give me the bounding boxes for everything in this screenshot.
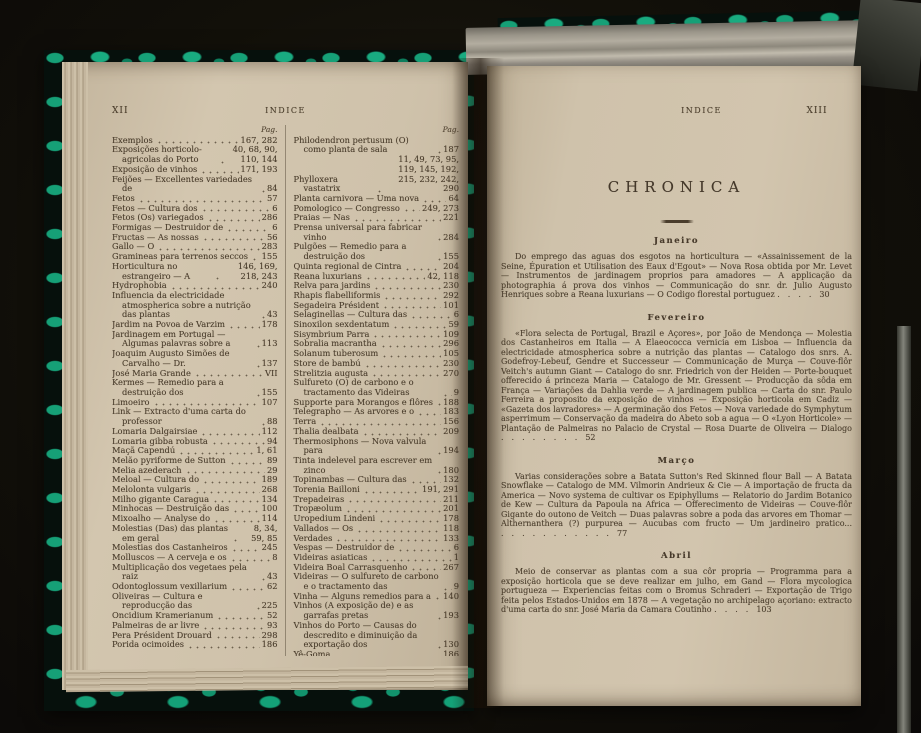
entry-page-number: VII — [265, 369, 278, 379]
left-page: XII INDICE Pag. Exemplos 167, 282 — [62, 62, 468, 690]
dot-leader — [410, 316, 452, 319]
dot-leader — [260, 578, 265, 581]
dot-leader — [216, 617, 265, 620]
dot-leader — [260, 190, 265, 193]
book-corner-top-right — [852, 0, 921, 91]
index-entry: Videiras — O sulfureto de carbono e o tr… — [294, 572, 460, 591]
left-running-head: XII INDICE — [112, 106, 459, 116]
dot-leader — [200, 433, 259, 436]
dot-leader — [383, 297, 441, 300]
pag-column-header: Pag. — [112, 125, 278, 135]
entry-label: Yê-Goma — [294, 650, 331, 656]
entry-page-number: 11, 49, 73, 95, 119, 145, 192, 215, 232,… — [383, 155, 459, 194]
section-page-number: 103 — [756, 605, 771, 614]
index-entry: Telegrapho — As arvores e o 183 — [294, 407, 460, 417]
index-entry: Multiplicação dos vegetaes pela raiz 43 — [112, 563, 278, 582]
book-photo-scene: XII INDICE Pag. Exemplos 167, 282 — [0, 0, 921, 733]
dot-leader — [214, 277, 219, 280]
month-heading: Janeiro — [501, 236, 852, 246]
index-column-2: Pag. Philodendron pertusum (O) como plan… — [286, 125, 460, 656]
month-summary: Varias considerações sobre a Batata Sutt… — [501, 472, 852, 539]
dot-leader — [255, 345, 260, 348]
entry-label: Vinhos (A exposição de) e as garrafas pr… — [294, 601, 434, 620]
right-page-content: INDICE XIII CHRONICA Janeiro Do emprego … — [501, 106, 852, 698]
month-summary-text: Varias considerações sobre a Batata Sutt… — [501, 472, 852, 529]
month-section: Abril Meio de conservar as plantas com a… — [501, 551, 852, 615]
left-page-content: XII INDICE Pag. Exemplos 167, 282 — [112, 106, 459, 656]
right-running-title: INDICE — [501, 106, 782, 115]
index-column-1: Pag. Exemplos 167, 282 Exposições hortic… — [112, 125, 286, 656]
book-back-board-edge — [897, 326, 911, 733]
paragraph-dot-leader: . . . . — [775, 290, 820, 299]
index-entry: Influencia da electricidade atmospherica… — [112, 291, 278, 320]
dot-leader — [397, 549, 451, 552]
entry-label: Oliveiras — Cultura e reproducção das — [112, 592, 252, 611]
pag-column-header: Pag. — [294, 125, 460, 135]
dot-leader — [187, 646, 260, 649]
bottom-page-edge-stack — [66, 666, 468, 692]
paragraph-dot-leader: . . . . . . . . — [501, 433, 585, 442]
section-page-number: 77 — [617, 529, 627, 538]
month-heading: Fevereiro — [501, 313, 852, 323]
entry-page-number: 8, 34, 59, 85 — [239, 524, 278, 543]
entry-label: Sulfureto (O) de carbono e o tractamento… — [294, 378, 440, 397]
dot-leader — [436, 646, 441, 649]
dot-leader — [226, 229, 270, 232]
dot-leader — [436, 617, 441, 620]
month-summary: Do emprego das aguas dos esgotos na hort… — [501, 252, 852, 300]
paragraph-dot-leader: . . . . . . . . . . . — [501, 529, 617, 538]
dot-leader — [417, 413, 441, 416]
month-heading: Março — [501, 456, 852, 466]
dot-leader — [392, 326, 446, 329]
month-summary: «Flora selecta de Portugal, Brazil e Aço… — [501, 329, 852, 443]
entry-label: Kermes — Remedio para a destruição dos — [112, 378, 252, 397]
index-entry: Oliveiras — Cultura e reproducção das 22… — [112, 592, 278, 611]
entry-label: Prensa universal para fabricar vinho — [294, 223, 434, 242]
index-entry: Exposições horticolo-agricolas do Porto … — [112, 145, 278, 164]
month-heading: Abril — [501, 551, 852, 561]
entry-label: Molestias (Das) das plantas em geral — [112, 524, 229, 543]
entry-page-number: 240 — [262, 281, 278, 291]
entry-label: Link — Extracto d'uma carta do professor — [112, 407, 257, 426]
dot-leader — [365, 277, 426, 280]
index-entry: Pulgões — Remedio para a destruição dos … — [294, 242, 460, 261]
index-entry: Philodendron pertusum (O) como planta de… — [294, 136, 460, 155]
month-summary-text: Meio de conservar as plantas com a sua c… — [501, 567, 852, 614]
dot-leader — [436, 258, 441, 261]
dot-leader — [372, 335, 441, 338]
entry-page-number: 40, 68, 90, 110, 144 — [226, 145, 277, 164]
entry-page-number: 107 — [262, 398, 278, 408]
right-running-head: INDICE XIII — [501, 106, 852, 116]
index-entry: Thermosiphons — Nova valvula para 194 — [294, 437, 460, 456]
left-running-title: INDICE — [168, 106, 403, 115]
dot-leader — [201, 209, 271, 212]
dot-leader — [202, 238, 265, 241]
dot-leader — [378, 520, 441, 523]
section-page-number: 30 — [819, 290, 829, 299]
dot-leader — [255, 607, 260, 610]
entry-page-number: 186 — [262, 640, 278, 650]
entry-label: Porida ocimoides — [112, 640, 184, 650]
chapter-title: CHRONICA — [501, 178, 852, 196]
left-folio: XII — [112, 106, 168, 116]
entry-label: Feijões — Excellentes variedades de — [112, 175, 257, 194]
dot-leader — [436, 238, 441, 241]
index-entry: Tinta indelevel para escrever em zinco 1… — [294, 456, 460, 475]
entry-label: Joaquim Augusto Simões de Carvalho — Dr. — [112, 349, 252, 368]
dot-leader — [364, 365, 441, 368]
entry-label: Tinta indelevel para escrever em zinco — [294, 456, 434, 475]
dot-leader — [434, 597, 441, 600]
index-entry: Vinhos (A exposição de) e as garrafas pr… — [294, 601, 460, 620]
right-page: INDICE XIII CHRONICA Janeiro Do emprego … — [487, 66, 861, 706]
index-entry: Link — Extracto d'uma carta do professor… — [112, 407, 278, 426]
entry-label: Exposições horticolo-agricolas do Porto — [112, 145, 216, 164]
entry-page-number: 194 — [443, 446, 459, 456]
index-entry: Prensa universal para fabricar vinho 284 — [294, 223, 460, 242]
index-entry: Feijões — Excellentes variedades de 84 — [112, 175, 278, 194]
dot-leader — [356, 530, 441, 533]
entry-page-number: 146, 169, 218, 243 — [221, 262, 277, 281]
index-entry: Vinhos do Porto — Causas do descredito e… — [294, 621, 460, 650]
entry-label: Jardinagem em Portugal — Algumas palavra… — [112, 330, 252, 349]
dot-leader — [436, 403, 441, 406]
entry-page-number: 209 — [443, 427, 459, 437]
section-page-number: 52 — [585, 433, 595, 442]
index-entry: Horticultura no estrangeiro — A 146, 169… — [112, 262, 278, 281]
entry-page-number: 140 — [443, 592, 459, 602]
entry-label: Multiplicação dos vegetaes pela raiz — [112, 563, 257, 582]
index-entry: Jardinagem em Portugal — Algumas palavra… — [112, 330, 278, 349]
month-section: Fevereiro «Flora selecta de Portugal, Br… — [501, 313, 852, 443]
dot-leader — [230, 588, 265, 591]
index-entry: Phylloxera vastatrix 11, 49, 73, 95, 119… — [294, 155, 460, 194]
dot-leader — [347, 500, 441, 503]
paragraph-dot-leader: . . . . — [712, 605, 757, 614]
right-folio: XIII — [782, 106, 852, 116]
entry-label: Vinhos do Porto — Causas do descredito e… — [294, 621, 434, 650]
index-entry: Yê-Goma 186 — [294, 650, 460, 656]
entry-page-number: 178 — [262, 320, 278, 330]
index-entry: Molestias (Das) das plantas em geral 8, … — [112, 524, 278, 543]
dot-leader — [373, 287, 441, 290]
dot-leader — [232, 510, 260, 513]
left-page-edge-stack — [62, 62, 88, 690]
dot-leader — [380, 345, 442, 348]
entry-label: Influencia da electricidade atmospherica… — [112, 291, 257, 320]
dot-leader — [229, 462, 265, 465]
entry-page-number: 267 — [443, 563, 459, 573]
entry-label: Videiras — O sulfureto de carbono e o tr… — [294, 572, 440, 591]
dot-leader — [232, 539, 237, 542]
month-section: Março Varias considerações sobre a Batat… — [501, 456, 852, 539]
entry-label: Horticultura no estrangeiro — A — [112, 262, 211, 281]
index-entry: Joaquim Augusto Simões de Carvalho — Dr.… — [112, 349, 278, 368]
dot-leader — [231, 549, 260, 552]
index-entry: Porida ocimoides 186 — [112, 640, 278, 650]
entry-page-number: 221 — [443, 213, 459, 223]
dot-leader — [381, 355, 441, 358]
entry-page-number: 284 — [443, 233, 459, 243]
month-section: Janeiro Do emprego das aguas dos esgotos… — [501, 236, 852, 300]
entry-label: Pulgões — Remedio para a destruição dos — [294, 242, 434, 261]
entry-label: Thermosiphons — Nova valvula para — [294, 437, 434, 456]
title-rule — [660, 220, 694, 223]
dot-leader — [255, 365, 260, 368]
month-summary: Meio de conservar as plantas com a sua c… — [501, 567, 852, 615]
month-summary-text: «Flora selecta de Portugal, Brazil e Aço… — [501, 329, 852, 433]
entry-page-number: 62 — [267, 582, 278, 592]
dot-leader — [403, 209, 420, 212]
entry-page-number: 113 — [262, 339, 278, 349]
dot-leader — [215, 636, 260, 639]
index-entry: Kermes — Remedio para a destruição dos 1… — [112, 378, 278, 397]
dot-leader — [228, 326, 260, 329]
entry-page-number: 270 — [443, 369, 459, 379]
entry-label: Philodendron pertusum (O) como planta de… — [294, 136, 434, 155]
dot-leader — [363, 491, 420, 494]
entry-page-number: 186 — [443, 650, 459, 656]
entry-page-number: 8 — [272, 553, 277, 563]
dot-leader — [436, 452, 441, 455]
dot-leader — [202, 481, 260, 484]
index-columns: Pag. Exemplos 167, 282 Exposições hortic… — [112, 125, 459, 656]
dot-leader — [255, 394, 260, 397]
index-entry: Sulfureto (O) de carbono e o tractamento… — [294, 378, 460, 397]
dot-leader — [436, 471, 441, 474]
entry-label: Phylloxera vastatrix — [294, 175, 373, 194]
dot-leader — [219, 161, 224, 164]
entry-page-number: 193 — [443, 611, 459, 621]
month-sections: Janeiro Do emprego das aguas dos esgotos… — [501, 236, 852, 615]
